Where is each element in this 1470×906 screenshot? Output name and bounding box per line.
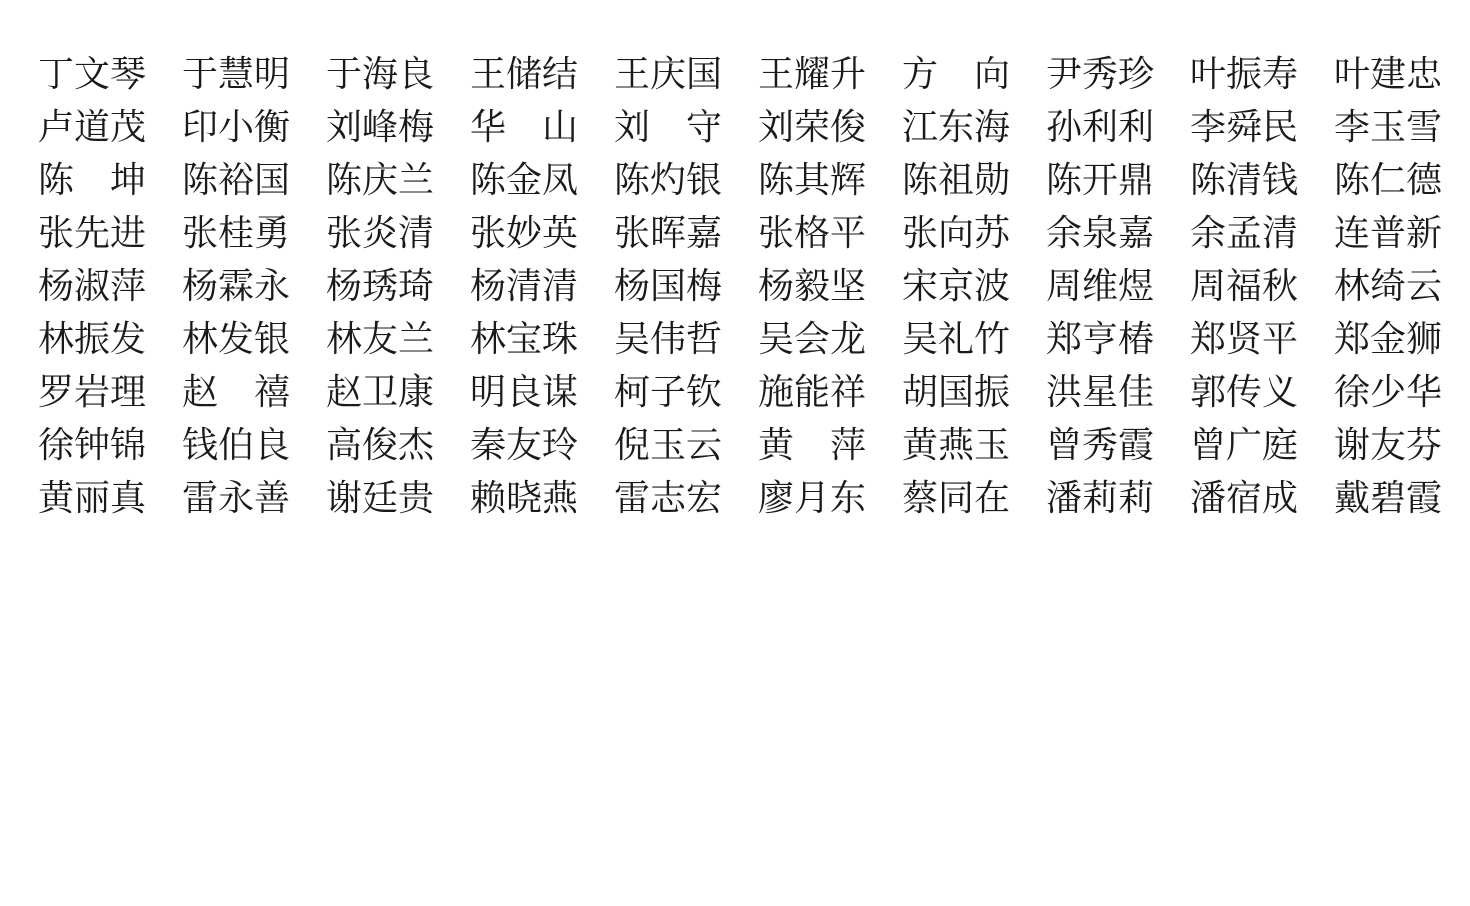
person-name: 陈开鼎 bbox=[1046, 154, 1154, 207]
name-row: 张先进张桂勇张炎清张妙英张晖嘉张格平张向苏余泉嘉余孟清连普新 bbox=[38, 207, 1442, 260]
person-name: 王储结 bbox=[470, 48, 578, 101]
person-name: 吴伟哲 bbox=[614, 313, 722, 366]
person-name: 林发银 bbox=[182, 313, 290, 366]
person-name: 谢廷贵 bbox=[326, 472, 434, 525]
person-name: 连普新 bbox=[1334, 207, 1442, 260]
person-name: 吴会龙 bbox=[758, 313, 866, 366]
person-name: 倪玉云 bbox=[614, 419, 722, 472]
name-row: 杨淑萍杨霖永杨琇琦杨清清杨国梅杨毅坚宋京波周维煜周福秋林绮云 bbox=[38, 260, 1442, 313]
name-row: 卢道茂印小衡刘峰梅华山刘守刘荣俊江东海孙利利李舜民李玉雪 bbox=[38, 101, 1442, 154]
person-name: 陈清钱 bbox=[1190, 154, 1298, 207]
person-name: 黄萍 bbox=[758, 419, 866, 472]
person-name: 宋京波 bbox=[902, 260, 1010, 313]
person-name: 郑亨椿 bbox=[1046, 313, 1154, 366]
person-name: 秦友玲 bbox=[470, 419, 578, 472]
person-name: 孙利利 bbox=[1046, 101, 1154, 154]
person-name: 罗岩理 bbox=[38, 366, 146, 419]
person-name: 陈祖勋 bbox=[902, 154, 1010, 207]
person-name: 余泉嘉 bbox=[1046, 207, 1154, 260]
person-name: 柯子钦 bbox=[614, 366, 722, 419]
person-name: 赖晓燕 bbox=[470, 472, 578, 525]
person-name: 施能祥 bbox=[758, 366, 866, 419]
person-name: 张格平 bbox=[758, 207, 866, 260]
person-name: 于海良 bbox=[326, 48, 434, 101]
document-page: 丁文琴于慧明于海良王储结王庆国王耀升方向尹秀珍叶振寿叶建忠卢道茂印小衡刘峰梅华山… bbox=[0, 0, 1470, 906]
person-name: 刘荣俊 bbox=[758, 101, 866, 154]
person-name: 陈坤 bbox=[38, 154, 146, 207]
person-name: 明良谋 bbox=[470, 366, 578, 419]
person-name: 陈仁德 bbox=[1334, 154, 1442, 207]
person-name: 黄燕玉 bbox=[902, 419, 1010, 472]
person-name: 卢道茂 bbox=[38, 101, 146, 154]
person-name: 蔡同在 bbox=[902, 472, 1010, 525]
person-name: 杨淑萍 bbox=[38, 260, 146, 313]
person-name: 谢友芬 bbox=[1334, 419, 1442, 472]
person-name: 林振发 bbox=[38, 313, 146, 366]
person-name: 雷志宏 bbox=[614, 472, 722, 525]
name-row: 林振发林发银林友兰林宝珠吴伟哲吴会龙吴礼竹郑亨椿郑贤平郑金狮 bbox=[38, 313, 1442, 366]
person-name: 余孟清 bbox=[1190, 207, 1298, 260]
person-name: 张妙英 bbox=[470, 207, 578, 260]
person-name: 徐少华 bbox=[1334, 366, 1442, 419]
person-name: 陈其辉 bbox=[758, 154, 866, 207]
person-name: 陈裕国 bbox=[182, 154, 290, 207]
person-name: 杨霖永 bbox=[182, 260, 290, 313]
person-name: 张向苏 bbox=[902, 207, 1010, 260]
person-name: 华山 bbox=[470, 101, 578, 154]
person-name: 高俊杰 bbox=[326, 419, 434, 472]
person-name: 徐钟锦 bbox=[38, 419, 146, 472]
person-name: 李舜民 bbox=[1190, 101, 1298, 154]
name-row: 罗岩理赵禧赵卫康明良谋柯子钦施能祥胡国振洪星佳郭传义徐少华 bbox=[38, 366, 1442, 419]
person-name: 王庆国 bbox=[614, 48, 722, 101]
person-name: 杨毅坚 bbox=[758, 260, 866, 313]
person-name: 林绮云 bbox=[1334, 260, 1442, 313]
person-name: 戴碧霞 bbox=[1334, 472, 1442, 525]
person-name: 吴礼竹 bbox=[902, 313, 1010, 366]
person-name: 曾广庭 bbox=[1190, 419, 1298, 472]
person-name: 方向 bbox=[902, 48, 1010, 101]
name-grid: 丁文琴于慧明于海良王储结王庆国王耀升方向尹秀珍叶振寿叶建忠卢道茂印小衡刘峰梅华山… bbox=[38, 48, 1442, 525]
name-row: 丁文琴于慧明于海良王储结王庆国王耀升方向尹秀珍叶振寿叶建忠 bbox=[38, 48, 1442, 101]
person-name: 林宝珠 bbox=[470, 313, 578, 366]
name-row: 徐钟锦钱伯良高俊杰秦友玲倪玉云黄萍黄燕玉曾秀霞曾广庭谢友芬 bbox=[38, 419, 1442, 472]
person-name: 钱伯良 bbox=[182, 419, 290, 472]
person-name: 胡国振 bbox=[902, 366, 1010, 419]
person-name: 郑贤平 bbox=[1190, 313, 1298, 366]
person-name: 黄丽真 bbox=[38, 472, 146, 525]
person-name: 陈金凤 bbox=[470, 154, 578, 207]
person-name: 陈庆兰 bbox=[326, 154, 434, 207]
person-name: 杨国梅 bbox=[614, 260, 722, 313]
person-name: 林友兰 bbox=[326, 313, 434, 366]
person-name: 廖月东 bbox=[758, 472, 866, 525]
person-name: 印小衡 bbox=[182, 101, 290, 154]
person-name: 杨琇琦 bbox=[326, 260, 434, 313]
person-name: 陈灼银 bbox=[614, 154, 722, 207]
person-name: 刘守 bbox=[614, 101, 722, 154]
person-name: 洪星佳 bbox=[1046, 366, 1154, 419]
person-name: 潘宿成 bbox=[1190, 472, 1298, 525]
person-name: 郭传义 bbox=[1190, 366, 1298, 419]
person-name: 张炎清 bbox=[326, 207, 434, 260]
person-name: 叶建忠 bbox=[1334, 48, 1442, 101]
name-row: 陈坤陈裕国陈庆兰陈金凤陈灼银陈其辉陈祖勋陈开鼎陈清钱陈仁德 bbox=[38, 154, 1442, 207]
person-name: 周维煜 bbox=[1046, 260, 1154, 313]
person-name: 李玉雪 bbox=[1334, 101, 1442, 154]
person-name: 尹秀珍 bbox=[1046, 48, 1154, 101]
person-name: 张先进 bbox=[38, 207, 146, 260]
person-name: 丁文琴 bbox=[38, 48, 146, 101]
person-name: 潘莉莉 bbox=[1046, 472, 1154, 525]
person-name: 江东海 bbox=[902, 101, 1010, 154]
person-name: 雷永善 bbox=[182, 472, 290, 525]
person-name: 刘峰梅 bbox=[326, 101, 434, 154]
person-name: 王耀升 bbox=[758, 48, 866, 101]
person-name: 曾秀霞 bbox=[1046, 419, 1154, 472]
person-name: 张晖嘉 bbox=[614, 207, 722, 260]
person-name: 于慧明 bbox=[182, 48, 290, 101]
person-name: 张桂勇 bbox=[182, 207, 290, 260]
person-name: 赵卫康 bbox=[326, 366, 434, 419]
person-name: 周福秋 bbox=[1190, 260, 1298, 313]
person-name: 郑金狮 bbox=[1334, 313, 1442, 366]
name-row: 黄丽真雷永善谢廷贵赖晓燕雷志宏廖月东蔡同在潘莉莉潘宿成戴碧霞 bbox=[38, 472, 1442, 525]
person-name: 叶振寿 bbox=[1190, 48, 1298, 101]
person-name: 赵禧 bbox=[182, 366, 290, 419]
person-name: 杨清清 bbox=[470, 260, 578, 313]
